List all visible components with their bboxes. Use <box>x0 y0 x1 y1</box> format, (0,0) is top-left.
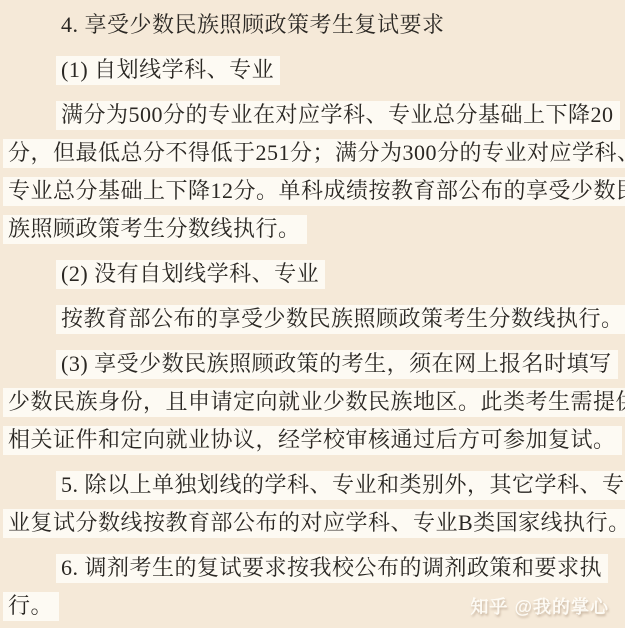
line-text: 5. 除以上单独划线的学科、专业和类别外，其它学科、专 <box>56 471 625 500</box>
text-line: 业复试分数线按教育部公布的对应学科、专业B类国家线执行。 <box>0 504 625 542</box>
text-line: (1) 自划线学科、专业 <box>0 51 625 89</box>
text-line: 满分为500分的专业在对应学科、专业总分基础上下降20 <box>0 96 625 134</box>
text-line: 按教育部公布的享受少数民族照顾政策考生分数线执行。 <box>0 300 625 338</box>
text-line: 5. 除以上单独划线的学科、专业和类别外，其它学科、专 <box>0 466 625 504</box>
line-text: 分，但最低总分不得低于251分；满分为300分的专业对应学科、 <box>3 139 625 168</box>
text-line: 相关证件和定向就业协议，经学校审核通过后方可参加复试。 <box>0 421 625 459</box>
line-text: 6. 调剂考生的复试要求按我校公布的调剂政策和要求执 <box>56 554 608 583</box>
zhihu-watermark: 知乎 @我的掌心 <box>470 593 609 619</box>
line-text: 满分为500分的专业在对应学科、专业总分基础上下降20 <box>56 101 620 130</box>
line-text: (2) 没有自划线学科、专业 <box>56 260 325 289</box>
line-text: 按教育部公布的享受少数民族照顾政策考生分数线执行。 <box>56 305 625 334</box>
document-page: 4. 享受少数民族照顾政策考生复试要求 (1) 自划线学科、专业 满分为500分… <box>0 0 625 628</box>
text-line: (2) 没有自划线学科、专业 <box>0 255 625 293</box>
line-text: 4. 享受少数民族照顾政策考生复试要求 <box>56 11 451 40</box>
text-line: 分，但最低总分不得低于251分；满分为300分的专业对应学科、 <box>0 134 625 172</box>
text-line: (3) 享受少数民族照顾政策的考生，须在网上报名时填写 <box>0 345 625 383</box>
line-text: 行。 <box>3 592 59 621</box>
line-text: (3) 享受少数民族照顾政策的考生，须在网上报名时填写 <box>56 350 618 379</box>
text-line: 6. 调剂考生的复试要求按我校公布的调剂政策和要求执 <box>0 549 625 587</box>
text-line: 专业总分基础上下降12分。单科成绩按教育部公布的享受少数民 <box>0 172 625 210</box>
line-text: (1) 自划线学科、专业 <box>56 56 280 85</box>
line-text: 专业总分基础上下降12分。单科成绩按教育部公布的享受少数民 <box>3 177 625 206</box>
line-text: 族照顾政策考生分数线执行。 <box>3 215 307 244</box>
text-line: 少数民族身份，且申请定向就业少数民族地区。此类考生需提供 <box>0 383 625 421</box>
text-line: 族照顾政策考生分数线执行。 <box>0 210 625 248</box>
text-line: 4. 享受少数民族照顾政策考生复试要求 <box>0 6 625 44</box>
line-text: 少数民族身份，且申请定向就业少数民族地区。此类考生需提供 <box>3 388 625 417</box>
line-text: 业复试分数线按教育部公布的对应学科、专业B类国家线执行。 <box>3 509 625 538</box>
line-text: 相关证件和定向就业协议，经学校审核通过后方可参加复试。 <box>3 426 622 455</box>
